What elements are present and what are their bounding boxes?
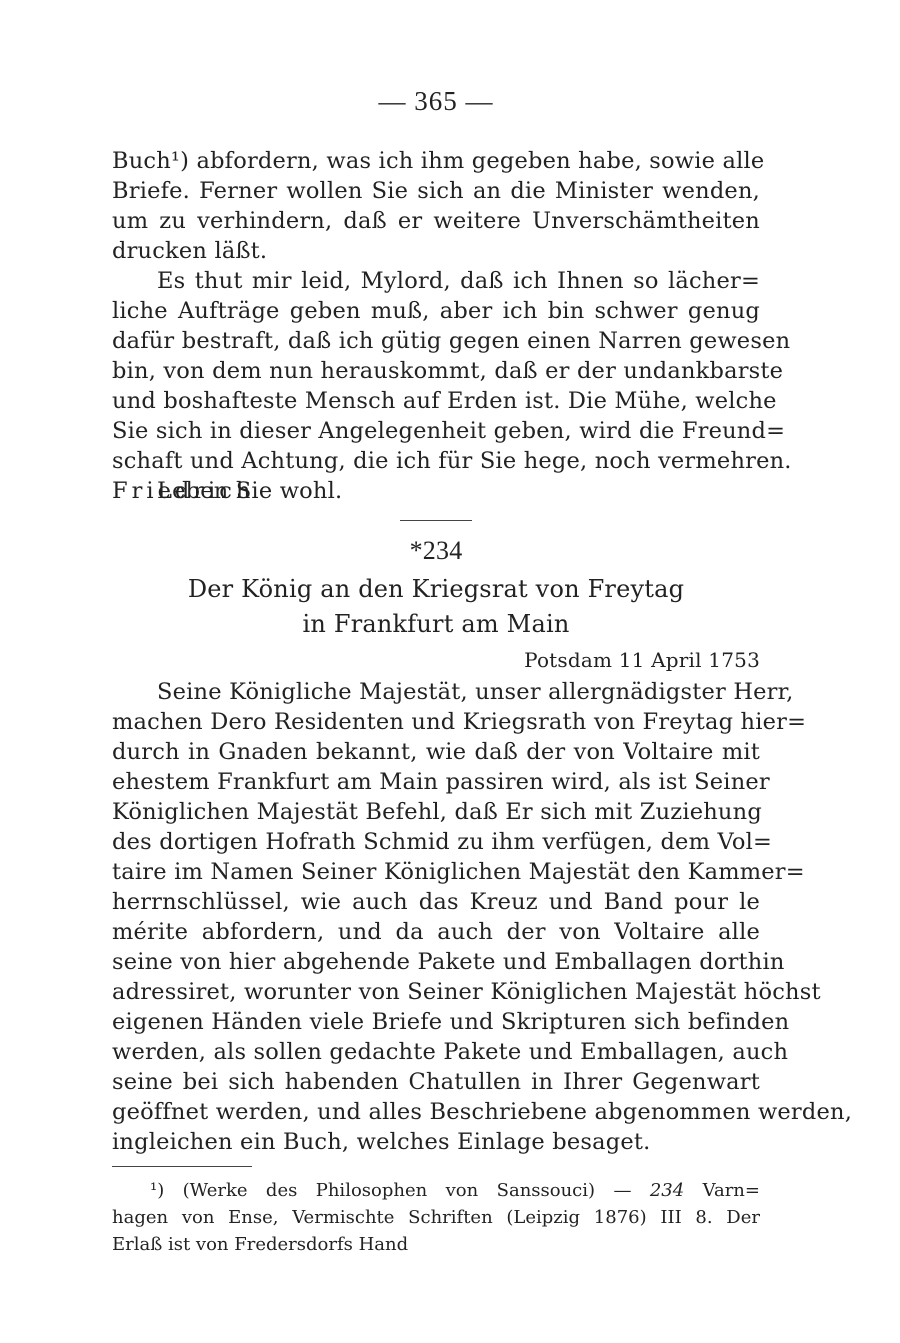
footnote-line: ¹) (Werke des Philosophen von Sanssouci)… [112, 1177, 760, 1204]
text-line: Seine Königliche Majestät, unser allergn… [112, 677, 760, 707]
signature: Friedrich [112, 476, 730, 506]
text-line: liche Aufträge geben muß, aber ich bin s… [112, 296, 760, 326]
text-line: herrnschlüssel, wie auch das Kreuz und B… [112, 887, 760, 917]
footnote-line: hagen von Ense, Vermischte Schriften (Le… [112, 1204, 760, 1231]
section-number: *234 [112, 536, 760, 566]
text-line: des dortigen Hofrath Schmid zu ihm verfü… [112, 827, 760, 857]
text-line: geöffnet werden, und alles Beschriebene … [112, 1097, 760, 1127]
text-line: machen Dero Residenten und Kriegsrath vo… [112, 707, 760, 737]
footnote-text: Varn= [684, 1180, 760, 1201]
text-line: Sie sich in dieser Angelegenheit geben, … [112, 416, 760, 446]
text-line: Briefe. Ferner wollen Sie sich an die Mi… [112, 176, 760, 206]
section-divider [400, 520, 472, 521]
text-line: eigenen Händen viele Briefe und Skriptur… [112, 1007, 760, 1037]
text-line: taire im Namen Seiner Königlichen Majest… [112, 857, 760, 887]
text-line: Buch¹) abfordern, was ich ihm gegeben ha… [112, 146, 760, 176]
footnote-text: ¹) (Werke des Philosophen von Sanssouci)… [150, 1180, 650, 1201]
text-line: ehestem Frankfurt am Main passiren wird,… [112, 767, 760, 797]
text-line: seine von hier abgehende Pakete und Emba… [112, 947, 760, 977]
place-date: Potsdam 11 April 1753 [112, 645, 760, 675]
text-line: schaft und Achtung, die ich für Sie hege… [112, 446, 760, 476]
text-line: adressiret, worunter von Seiner Königlic… [112, 977, 760, 1007]
text-line: werden, als sollen gedachte Pakete und E… [112, 1037, 760, 1067]
text-line: ingleichen ein Buch, welches Einlage bes… [112, 1127, 760, 1157]
section-title-line1: Der König an den Kriegsrat von Freytag [112, 574, 760, 604]
text-line: um zu verhindern, daß er weitere Unversc… [112, 206, 760, 236]
text-line: bin, von dem nun herauskommt, daß er der… [112, 356, 760, 386]
text-line: seine bei sich habenden Chatullen in Ihr… [112, 1067, 760, 1097]
text-line: drucken läßt. [112, 236, 760, 266]
footnote-line: Erlaß ist von Fredersdorfs Hand [112, 1231, 760, 1258]
section-title-line2: in Frankfurt am Main [112, 609, 760, 639]
text-line: dafür bestraft, daß ich gütig gegen eine… [112, 326, 760, 356]
text-line: und boshafteste Mensch auf Erden ist. Di… [112, 386, 760, 416]
footnote-divider [112, 1166, 252, 1167]
page-number: — 365 — [112, 86, 760, 117]
footnote-number: 234 [650, 1180, 684, 1201]
text-line: Königlichen Majestät Befehl, daß Er sich… [112, 797, 760, 827]
text-line: Es thut mir leid, Mylord, daß ich Ihnen … [112, 266, 760, 296]
text-line: durch in Gnaden bekannt, wie daß der von… [112, 737, 760, 767]
text-line: mérite abfordern, und da auch der von Vo… [112, 917, 760, 947]
